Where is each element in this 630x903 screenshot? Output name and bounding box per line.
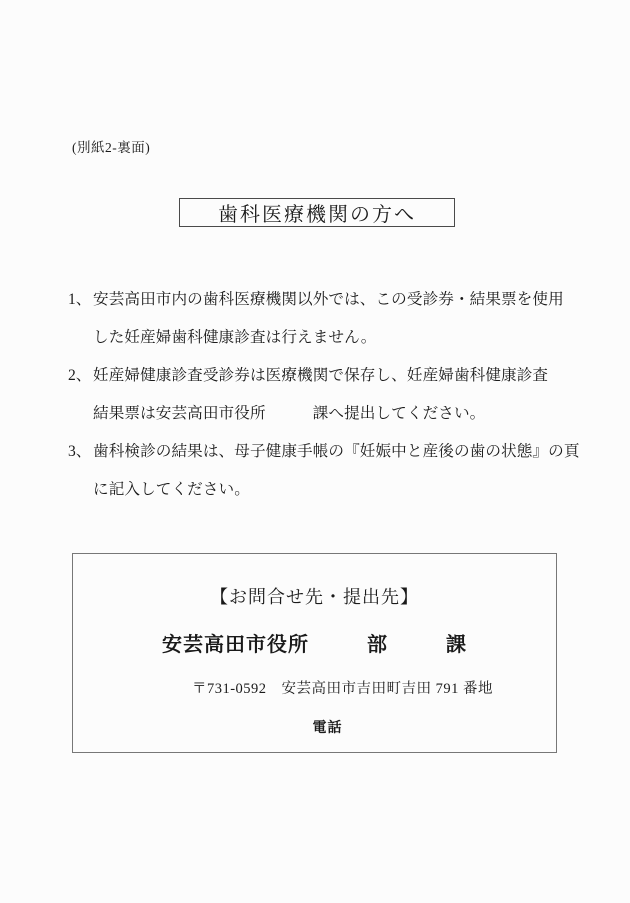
office-name: 安芸高田市役所 xyxy=(162,634,309,656)
section-blank: 課 xyxy=(446,634,467,656)
page-title: 歯科医療機関の方へ xyxy=(218,198,416,227)
note-line: 歯科検診の結果は、母子健康手帳の『妊娠中と産後の歯の状態』の頁 xyxy=(93,433,580,471)
note-line: 安芸高田市内の歯科医療機関以外では、この受診券・結果票を使用 xyxy=(93,281,570,319)
note-number: 3、 xyxy=(68,433,93,471)
note-text: 安芸高田市内の歯科医療機関以外では、この受診券・結果票を使用 した妊産婦歯科健康… xyxy=(93,281,570,357)
notes-list: 1、 安芸高田市内の歯科医療機関以外では、この受診券・結果票を使用 した妊産婦歯… xyxy=(68,281,570,509)
contact-heading: 【お問合せ先・提出先】 xyxy=(73,583,556,609)
document-page: (別紙2-裏面) 歯科医療機関の方へ 1、 安芸高田市内の歯科医療機関以外では、… xyxy=(0,0,630,903)
note-number: 2、 xyxy=(68,357,93,395)
note-number: 1、 xyxy=(68,281,93,319)
note-item-3: 3、 歯科検診の結果は、母子健康手帳の『妊娠中と産後の歯の状態』の頁 に記入して… xyxy=(68,433,570,509)
phone-label: 電話 xyxy=(86,717,569,737)
note-text: 歯科検診の結果は、母子健康手帳の『妊娠中と産後の歯の状態』の頁 に記入してくださ… xyxy=(93,433,580,509)
note-line: 妊産婦健康診査受診券は医療機関で保存し、妊産婦歯科健康診査 xyxy=(93,357,570,395)
note-text: 妊産婦健康診査受診券は医療機関で保存し、妊産婦歯科健康診査 結果票は安芸高田市役… xyxy=(93,357,570,433)
note-line: した妊産婦歯科健康診査は行えません。 xyxy=(93,319,570,357)
postal-address: 〒731-0592 安芸高田市吉田町吉田 791 番地 xyxy=(101,677,584,698)
office-line: 安芸高田市役所部課 xyxy=(73,628,556,657)
note-line: に記入してください。 xyxy=(93,471,580,509)
note-line: 結果票は安芸高田市役所 課へ提出してください。 xyxy=(93,395,570,433)
title-box: 歯科医療機関の方へ xyxy=(179,198,455,227)
corner-note: (別紙2-裏面) xyxy=(72,136,150,156)
note-item-1: 1、 安芸高田市内の歯科医療機関以外では、この受診券・結果票を使用 した妊産婦歯… xyxy=(68,281,570,357)
department-blank: 部 xyxy=(367,634,388,656)
contact-box: 【お問合せ先・提出先】 安芸高田市役所部課 〒731-0592 安芸高田市吉田町… xyxy=(72,553,557,753)
note-item-2: 2、 妊産婦健康診査受診券は医療機関で保存し、妊産婦歯科健康診査 結果票は安芸高… xyxy=(68,357,570,433)
